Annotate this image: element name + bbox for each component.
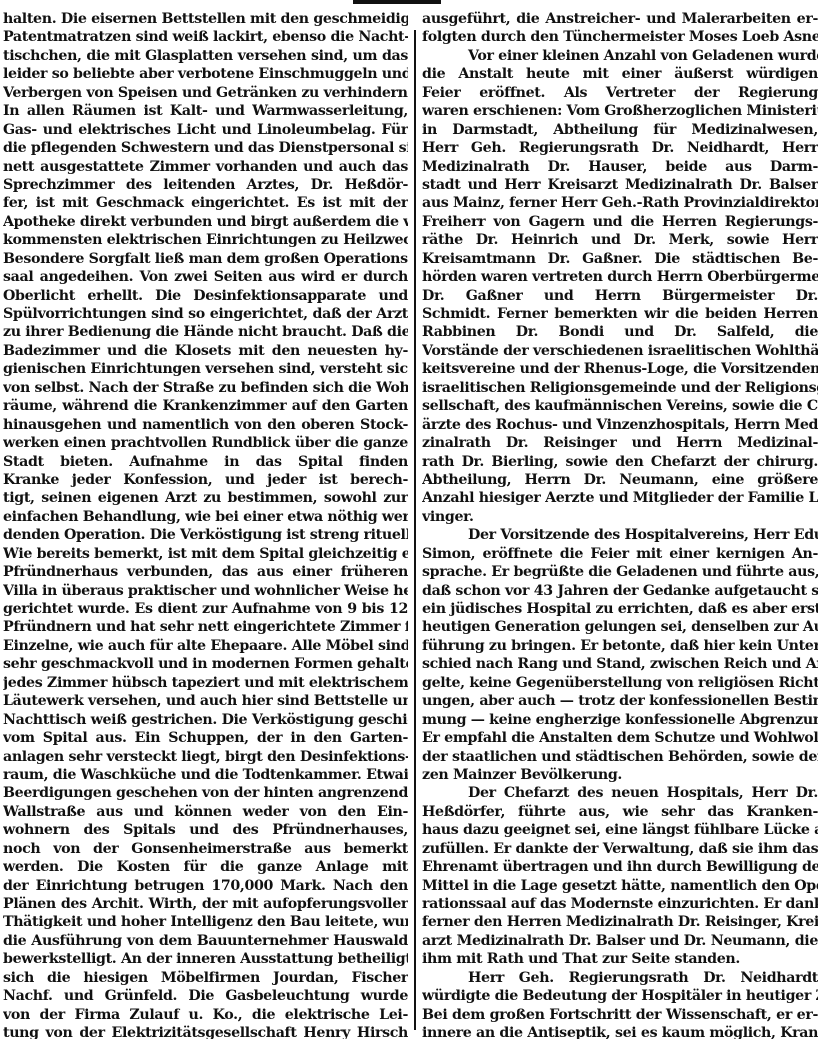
- text-line: Kranke jeder Konfession, und jeder ist b…: [3, 471, 408, 489]
- text-line: Feier eröffnet. Als Vertreter der Regier…: [422, 84, 818, 102]
- text-line: Sprechzimmer des leitenden Arztes, Dr. H…: [3, 176, 408, 194]
- text-line: vinger.: [422, 508, 818, 526]
- text-line: Abtheilung, Herrn Dr. Neumann, eine größ…: [422, 471, 818, 489]
- text-line: rath Dr. Bierling, sowie den Chefarzt de…: [422, 453, 818, 471]
- text-line: Badezimmer und die Klosets mit den neues…: [3, 342, 408, 360]
- text-line: ein jüdisches Hospital zu errichten, daß…: [422, 600, 818, 618]
- text-line: Beerdigungen geschehen von der hinten an…: [3, 784, 408, 802]
- text-line: Verbergen von Speisen und Getränken zu v…: [3, 84, 408, 102]
- text-line: tung von der Elektrizitätsgesellschaft H…: [3, 1024, 408, 1039]
- text-line: wohnern des Spitals und des Pfründnerhau…: [3, 821, 408, 839]
- text-line: vom Spital aus. Ein Schuppen, der in den…: [3, 729, 408, 747]
- text-line: Thätigkeit und hoher Intelligenz den Bau…: [3, 913, 408, 931]
- text-line: würdigte die Bedeutung der Hospitäler in…: [422, 987, 818, 1005]
- text-line: Dr. Gaßner und Herrn Bürgermeister Dr.: [422, 287, 818, 305]
- text-line: hörden waren vertreten durch Herrn Oberb…: [422, 268, 818, 286]
- text-line: Bei dem großen Fortschritt der Wissensch…: [422, 1006, 818, 1024]
- text-line: raum, die Waschküche und die Todtenkamme…: [3, 766, 408, 784]
- text-line: die Anstalt heute mit einer äußerst würd…: [422, 65, 818, 83]
- text-line: leider so beliebte aber verbotene Einsch…: [3, 65, 408, 83]
- text-line: Herr Geh. Regierungsrath Dr. Neidhardt: [422, 969, 818, 987]
- text-line: daß schon vor 43 Jahren der Gedanke aufg…: [422, 582, 818, 600]
- text-line: kommensten elektrischen Einrichtungen zu…: [3, 231, 408, 249]
- text-line: Ehrenamt übertragen und ihn durch Bewill…: [422, 858, 818, 876]
- text-line: bewerkstelligt. An der inneren Ausstattu…: [3, 950, 408, 968]
- text-line: Kreisamtmann Dr. Gaßner. Die städtischen…: [422, 250, 818, 268]
- text-line: führung zu bringen. Er betonte, daß hier…: [422, 637, 818, 655]
- text-line: Herr Geh. Regierungsrath Dr. Neidhardt, …: [422, 139, 818, 157]
- text-line: rationssaal auf das Modernste einzuricht…: [422, 895, 818, 913]
- text-line: israelitischen Religionsgemeinde und der…: [422, 379, 818, 397]
- text-line: haus dazu geeignet sei, eine längst fühl…: [422, 821, 818, 839]
- text-line: hinausgehen und namentlich von den obere…: [3, 416, 408, 434]
- text-line: von selbst. Nach der Straße zu befinden …: [3, 379, 408, 397]
- text-line: stadt und Herr Kreisarzt Medizinalrath D…: [422, 176, 818, 194]
- text-line: Nachttisch weiß gestrichen. Die Verkösti…: [3, 711, 408, 729]
- text-line: Spülvorrichtungen sind so eingerichtet, …: [3, 305, 408, 323]
- text-line: waren erschienen: Vom Großherzoglichen M…: [422, 102, 818, 120]
- text-line: Pfründnerhaus verbunden, das aus einer f…: [3, 563, 408, 581]
- text-line: sehr geschmackvoll und in modernen Forme…: [3, 655, 408, 673]
- text-line: Gas- und elektrisches Licht und Linoleum…: [3, 121, 408, 139]
- text-line: zen Mainzer Bevölkerung.: [422, 766, 818, 784]
- text-line: folgten durch den Tünchermeister Moses L…: [422, 28, 818, 46]
- text-line: der staatlichen und städtischen Behörden…: [422, 748, 818, 766]
- text-line: nett ausgestattete Zimmer vorhanden und …: [3, 158, 408, 176]
- text-line: ungen, aber auch — trotz der konfessione…: [422, 692, 818, 710]
- top-rule: [353, 0, 441, 4]
- text-line: Mittel in die Lage gesetzt hätte, nament…: [422, 877, 818, 895]
- text-line: Plänen des Archit. Wirth, der mit aufopf…: [3, 895, 408, 913]
- text-line: Vorstände der verschiedenen israelitisch…: [422, 342, 818, 360]
- text-line: anlagen sehr versteckt liegt, birgt den …: [3, 748, 408, 766]
- text-line: räume, während die Krankenzimmer auf den…: [3, 397, 408, 415]
- text-line: tigt, seinen eigenen Arzt zu bestimmen, …: [3, 489, 408, 507]
- text-line: mung — keine engherzige konfessionelle A…: [422, 711, 818, 729]
- text-line: Patentmatratzen sind weiß lackirt, ebens…: [3, 28, 408, 46]
- text-line: in Darmstadt, Abtheilung für Medizinalwe…: [422, 121, 818, 139]
- text-line: ihm mit Rath und That zur Seite standen.: [422, 950, 818, 968]
- text-line: In allen Räumen ist Kalt- und Warmwasser…: [3, 102, 408, 120]
- text-line: die pflegenden Schwestern und das Dienst…: [3, 139, 408, 157]
- text-line: der Einrichtung betrugen 170,000 Mark. N…: [3, 877, 408, 895]
- text-line: gienischen Einrichtungen versehen sind, …: [3, 360, 408, 378]
- text-line: werden. Die Kosten für die ganze Anlage …: [3, 858, 408, 876]
- text-line: Einzelne, wie auch für alte Ehepaare. Al…: [3, 637, 408, 655]
- text-line: werken einen prachtvollen Rundblick über…: [3, 434, 408, 452]
- text-line: Freiherr von Gagern und die Herren Regie…: [422, 213, 818, 231]
- text-line: Der Chefarzt des neuen Hospitals, Herr D…: [422, 784, 818, 802]
- text-line: einfachen Behandlung, wie bei einer etwa…: [3, 508, 408, 526]
- text-line: gerichtet wurde. Es dient zur Aufnahme v…: [3, 600, 408, 618]
- text-line: Medizinalrath Dr. Hauser, beide aus Darm…: [422, 158, 818, 176]
- text-line: Pfründnern und hat sehr nett eingerichte…: [3, 618, 408, 636]
- text-line: räthe Dr. Heinrich und Dr. Merk, sowie H…: [422, 231, 818, 249]
- text-line: Oberlicht erhellt. Die Desinfektionsappa…: [3, 287, 408, 305]
- text-line: ferner den Herren Medizinalrath Dr. Reis…: [422, 913, 818, 931]
- text-line: fer, ist mit Geschmack eingerichtet. Es …: [3, 194, 408, 212]
- text-line: Läutewerk versehen, und auch hier sind B…: [3, 692, 408, 710]
- text-line: Der Vorsitzende des Hospitalvereins, Her…: [422, 526, 818, 544]
- text-line: tischchen, die mit Glasplatten versehen …: [3, 47, 408, 65]
- text-line: arzt Medizinalrath Dr. Balser und Dr. Ne…: [422, 932, 818, 950]
- text-line: Vor einer kleinen Anzahl von Geladenen w…: [422, 47, 818, 65]
- text-line: ärzte des Rochus- und Vinzenzhospitals, …: [422, 416, 818, 434]
- text-line: denden Operation. Die Verköstigung ist s…: [3, 526, 408, 544]
- text-line: Rabbinen Dr. Bondi und Dr. Salfeld, die: [422, 323, 818, 341]
- text-line: keitsvereine und der Rhenus-Loge, die Vo…: [422, 360, 818, 378]
- text-line: Apotheke direkt verbunden und birgt auße…: [3, 213, 408, 231]
- text-line: Simon, eröffnete die Feier mit einer ker…: [422, 545, 818, 563]
- text-line: die Ausführung von dem Bauunternehmer Ha…: [3, 932, 408, 950]
- text-line: Wallstraße aus und können weder von den …: [3, 803, 408, 821]
- text-line: sich die hiesigen Möbelfirmen Jourdan, F…: [3, 969, 408, 987]
- text-line: Nachf. und Grünfeld. Die Gasbeleuchtung …: [3, 987, 408, 1005]
- text-line: Stadt bieten. Aufnahme in das Spital fin…: [3, 453, 408, 471]
- text-line: innere an die Antiseptik, sei es kaum mö…: [422, 1024, 818, 1039]
- text-line: aus Mainz, ferner Herr Geh.-Rath Provinz…: [422, 194, 818, 212]
- text-line: halten. Die eisernen Bettstellen mit den…: [3, 10, 408, 28]
- text-line: Besondere Sorgfalt ließ man dem großen O…: [3, 250, 408, 268]
- column-divider: [414, 30, 416, 1030]
- text-line: gelte, keine Gegenüberstellung von relig…: [422, 674, 818, 692]
- text-line: jedes Zimmer hübsch tapeziert und mit el…: [3, 674, 408, 692]
- text-line: Anzahl hiesiger Aerzte und Mitglieder de…: [422, 489, 818, 507]
- text-line: Schmidt. Ferner bemerkten wir die beiden…: [422, 305, 818, 323]
- text-line: zinalrath Dr. Reisinger und Herrn Medizi…: [422, 434, 818, 452]
- text-line: Heßdörfer, führte aus, wie sehr das Kran…: [422, 803, 818, 821]
- right-column: ausgeführt, die Anstreicher- und Malerar…: [422, 10, 818, 1039]
- text-line: Wie bereits bemerkt, ist mit dem Spital …: [3, 545, 408, 563]
- text-line: zufüllen. Er dankte der Verwaltung, daß …: [422, 840, 818, 858]
- text-line: zu ihrer Bedienung die Hände nicht brauc…: [3, 323, 408, 341]
- text-line: Er empfahl die Anstalten dem Schutze und…: [422, 729, 818, 747]
- text-line: sprache. Er begrüßte die Geladenen und f…: [422, 563, 818, 581]
- text-line: Villa in überaus praktischer und wohnlic…: [3, 582, 408, 600]
- text-line: schied nach Rang und Stand, zwischen Rei…: [422, 655, 818, 673]
- left-column: halten. Die eisernen Bettstellen mit den…: [3, 10, 408, 1039]
- text-line: heutigen Generation gelungen sei, densel…: [422, 618, 818, 636]
- text-line: von der Firma Zulauf u. Ko., die elektri…: [3, 1006, 408, 1024]
- text-line: noch von der Gonsenheimerstraße aus beme…: [3, 840, 408, 858]
- text-line: ausgeführt, die Anstreicher- und Malerar…: [422, 10, 818, 28]
- text-line: saal angedeihen. Von zwei Seiten aus wir…: [3, 268, 408, 286]
- text-line: sellschaft, des kaufmännischen Vereins, …: [422, 397, 818, 415]
